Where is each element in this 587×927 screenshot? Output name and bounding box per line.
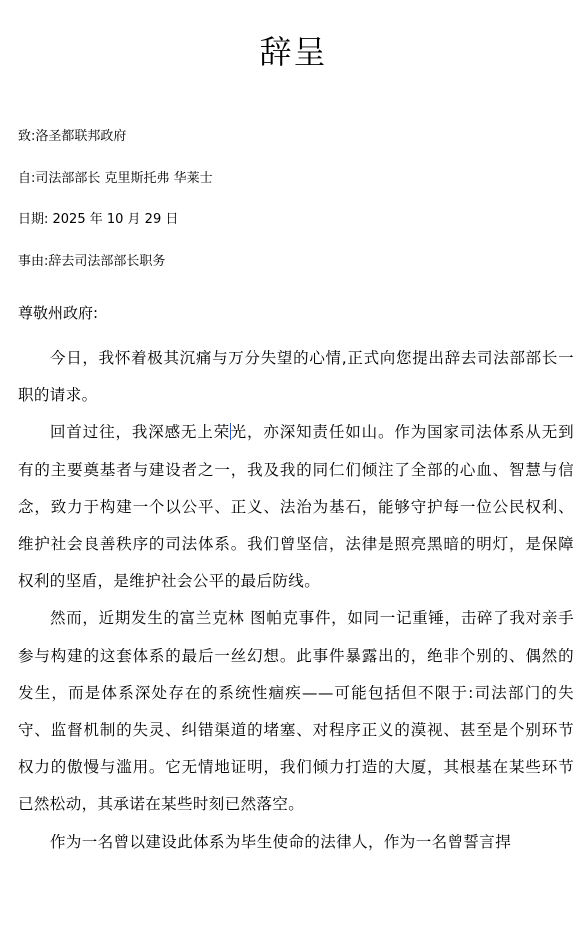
- paragraph-1: 今日，我怀着极其沉痛与万分失望的心情,正式向您提出辞去司法部部长一职的请求。: [18, 340, 574, 414]
- document-page[interactable]: 辞呈 致:洛圣都联邦政府 自:司法部部长 克里斯托弗 华莱士 日期: 2025 …: [0, 0, 587, 927]
- header-date: 日期: 2025 年 10 月 29 日: [18, 211, 178, 229]
- paragraph-2-before-cursor: 回首过往，我深感无上荣: [50, 423, 230, 441]
- paragraph-2: 回首过往，我深感无上荣光，亦深知责任如山。作为国家司法体系从无到有的主要奠基者与…: [18, 414, 574, 600]
- header-to: 致:洛圣都联邦政府: [18, 128, 126, 146]
- document-title: 辞呈: [0, 30, 587, 74]
- salutation: 尊敬州政府:: [18, 302, 98, 324]
- header-from: 自:司法部部长 克里斯托弗 华莱士: [18, 170, 213, 188]
- letter-body[interactable]: 今日，我怀着极其沉痛与万分失望的心情,正式向您提出辞去司法部部长一职的请求。 回…: [18, 340, 574, 861]
- paragraph-3: 然而，近期发生的富兰克林 图帕克事件，如同一记重锤，击碎了我对亲手参与构建的这套…: [18, 600, 574, 823]
- paragraph-2-after-cursor: 光，亦深知责任如山。作为国家司法体系从无到有的主要奠基者与建设者之一，我及我的同…: [18, 423, 574, 590]
- header-subject: 事由:辞去司法部部长职务: [18, 253, 165, 271]
- paragraph-4: 作为一名曾以建设此体系为毕生使命的法律人，作为一名曾誓言捍: [18, 824, 574, 861]
